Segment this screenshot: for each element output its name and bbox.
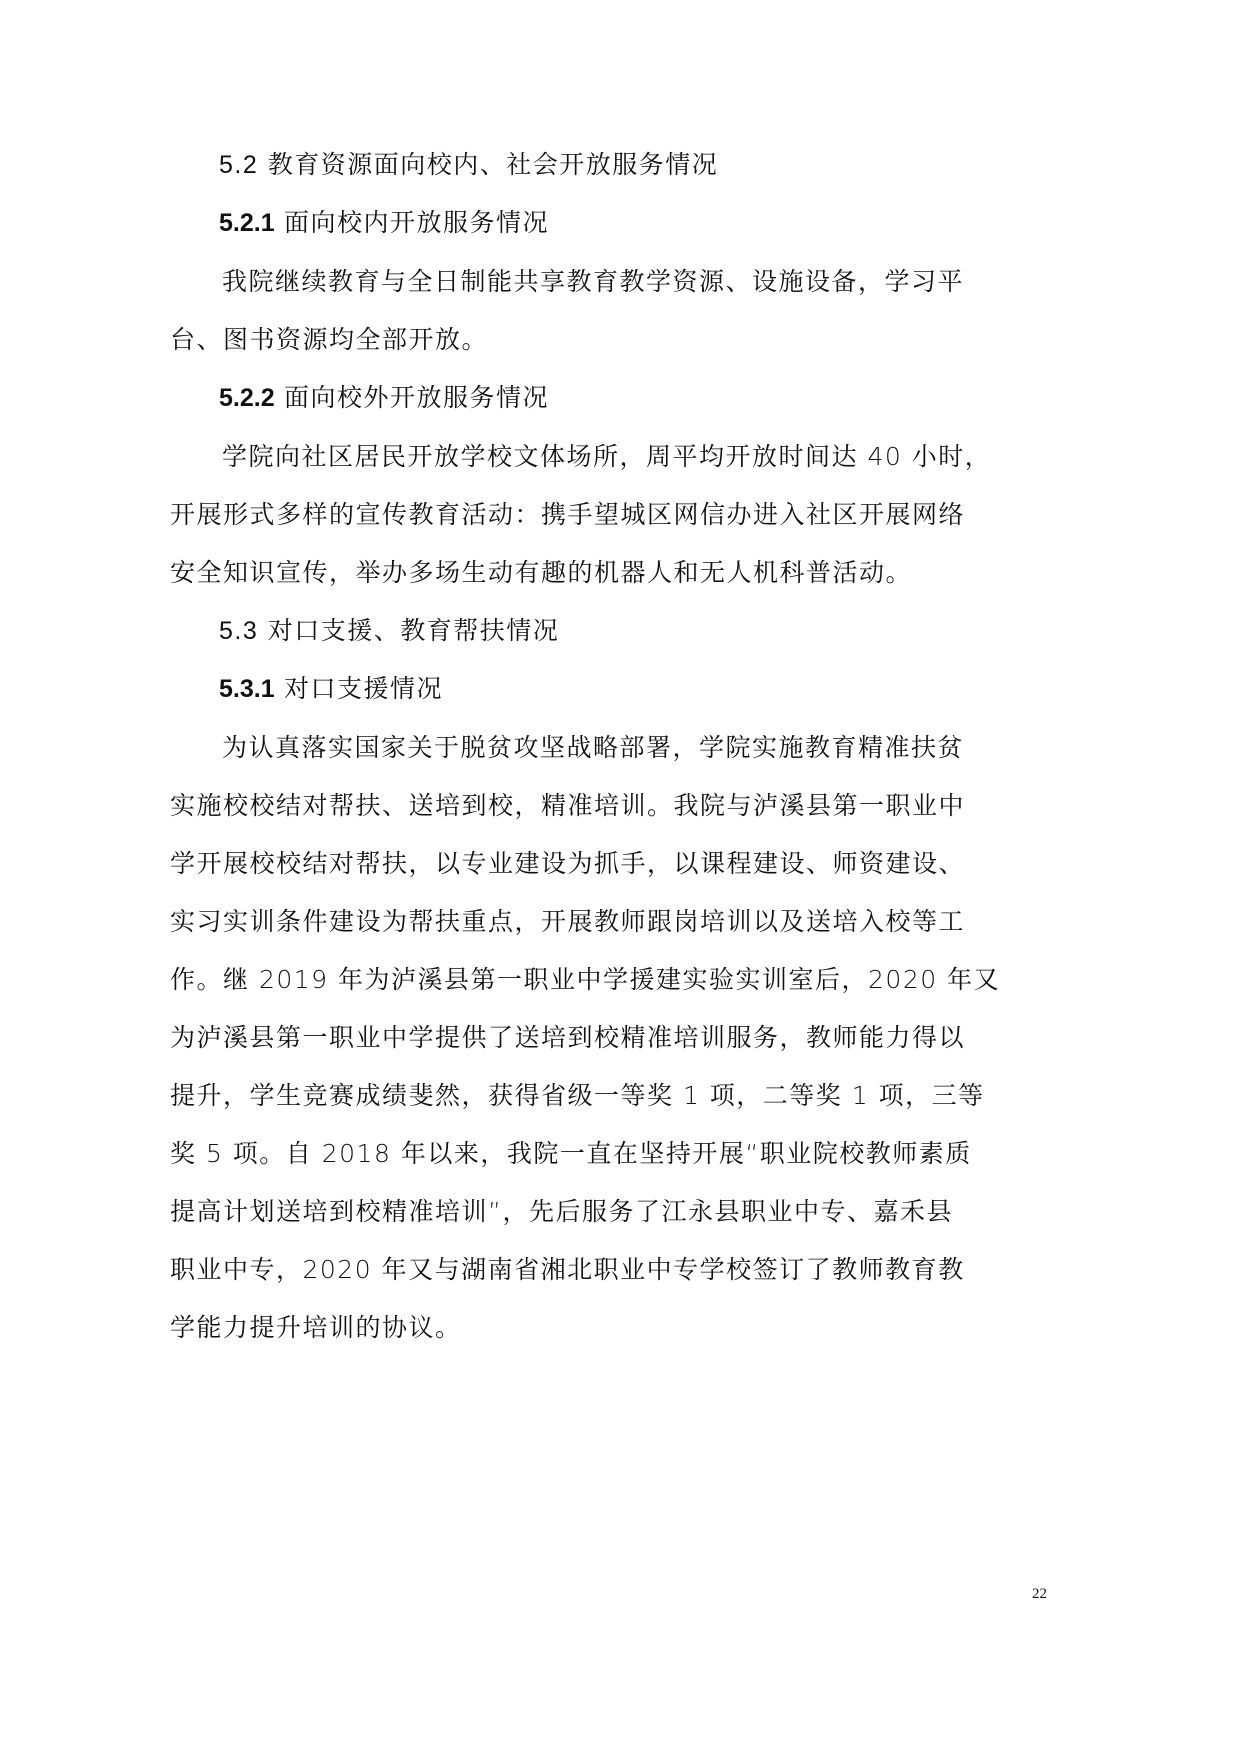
paragraph-line: 提升，学生竞赛成绩斐然，获得省级一等奖 1 项，二等奖 1 项，三等 [170, 1081, 940, 1111]
section-title: 面向校内开放服务情况 [275, 208, 549, 237]
section-number: 5.2.1 [219, 209, 275, 237]
paragraph-line: 为认真落实国家关于脱贫攻坚战略部署，学院实施教育精准扶贫 [222, 733, 940, 763]
section-title: 对口支援、教育帮扶情况 [258, 616, 559, 645]
section-heading-5-2-1: 5.2.1 面向校内开放服务情况 [219, 208, 1081, 238]
paragraph-line: 学院向社区居民开放学校文体场所，周平均开放时间达 40 小时， [222, 442, 940, 472]
paragraph-line: 台、图书资源均全部开放。 [170, 325, 1032, 355]
section-number: 5.3 [219, 617, 258, 645]
page-number: 22 [1032, 1586, 1047, 1603]
document-page: 5.2 教育资源面向校内、社会开放服务情况 5.2.1 面向校内开放服务情况 我… [0, 0, 1240, 1754]
section-number: 5.2 [219, 151, 258, 179]
section-title: 面向校外开放服务情况 [275, 383, 549, 412]
paragraph-line: 奖 5 项。自 2018 年以来，我院一直在坚持开展“职业院校教师素质 [170, 1139, 940, 1169]
paragraph-line: 作。继 2019 年为泸溪县第一职业中学援建实验实训室后，2020 年又 [170, 965, 940, 995]
paragraph-line: 为泸溪县第一职业中学提供了送培到校精准培训服务，教师能力得以 [170, 1023, 940, 1053]
section-heading-5-3-1: 5.3.1 对口支援情况 [219, 674, 1081, 704]
section-heading-5-2: 5.2 教育资源面向校内、社会开放服务情况 [219, 150, 1081, 180]
section-number: 5.2.2 [219, 384, 275, 412]
section-title: 对口支援情况 [275, 674, 443, 703]
paragraph-line: 实习实训条件建设为帮扶重点，开展教师跟岗培训以及送培入校等工 [170, 907, 940, 937]
paragraph-line: 学能力提升培训的协议。 [170, 1313, 1032, 1343]
section-heading-5-2-2: 5.2.2 面向校外开放服务情况 [219, 383, 1081, 413]
paragraph-line: 我院继续教育与全日制能共享教育教学资源、设施设备，学习平 [222, 267, 940, 297]
paragraph-line: 提高计划送培到校精准培训”，先后服务了江永县职业中专、嘉禾县 [170, 1197, 940, 1227]
paragraph-line: 实施校校结对帮扶、送培到校，精准培训。我院与泸溪县第一职业中 [170, 791, 940, 821]
paragraph-line: 开展形式多样的宣传教育活动：携手望城区网信办进入社区开展网络 [170, 500, 940, 530]
section-heading-5-3: 5.3 对口支援、教育帮扶情况 [219, 616, 1081, 646]
section-number: 5.3.1 [219, 675, 275, 703]
paragraph-line: 安全知识宣传，举办多场生动有趣的机器人和无人机科普活动。 [170, 558, 1032, 588]
paragraph-line: 职业中专，2020 年又与湖南省湘北职业中专学校签订了教师教育教 [170, 1255, 940, 1285]
section-title: 教育资源面向校内、社会开放服务情况 [258, 150, 718, 179]
paragraph-line: 学开展校校结对帮扶，以专业建设为抓手，以课程建设、师资建设、 [170, 849, 940, 879]
